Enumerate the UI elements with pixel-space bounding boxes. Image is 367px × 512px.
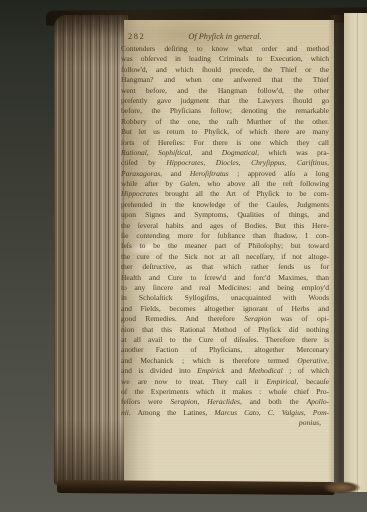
photo-of-open-book: 282 Of Phyſick in general. Contenders de… [0,0,367,512]
text-segment: ctiſed by [121,158,166,167]
italic-text-segment: Heroſiſtratus [190,169,229,178]
italic-text-segment: Empirical, [266,377,298,386]
text-segment: ſorts of Hereſies: For there is one whic… [121,138,329,147]
text-segment: was obſerved in leading Criminals to Exe… [121,54,329,63]
body-line: was obſerved in leading Criminals to Exe… [121,54,329,64]
running-title: Of Phyſick in general. [121,31,329,42]
body-line: and is divided into Empirick and Methodi… [121,366,329,376]
body-line: Robbery of the one, the raſh Murther of … [121,117,329,127]
text-segment: upon Signes and Symptoms, Qualities of t… [121,210,329,219]
italic-text-segment: Marcus Cato, C. Valgius, Pom- [214,408,329,417]
body-line: Hippocrates brought all the Art of Phyſi… [121,189,329,199]
text-segment: and [162,169,190,178]
text-segment: ther deſtructive, as that which rather ſ… [121,262,329,271]
text-segment: the cure of the Sick not at all neceſſar… [121,252,329,261]
italic-text-segment: Dogmatical, [222,148,259,157]
text-segment: went before, and the Hangman follow'd, t… [121,86,329,95]
italic-text-segment: Rational, Sophiſtical, [121,148,192,157]
text-segment: of the Experiments which it makes : whoſ… [121,387,329,396]
italic-text-segment: Serapion [244,314,271,323]
italic-text-segment: Serapion, Heraclides, [170,397,241,406]
text-segment: ; of which [283,366,329,375]
text-segment: Hangman? and when one anſwered that the … [121,75,329,84]
italic-text-segment: Hippocrates [121,189,158,198]
text-segment: to any ſincere and real Medicines: and b… [121,283,329,292]
italic-text-segment: Galen, [180,179,200,188]
body-line: prehended in the knowledge of the Cauſes… [121,200,329,210]
body-line: Rational, Sophiſtical, and Dogmatical, w… [121,148,329,158]
body-line: nii. Among the Latines, Marcus Cato, C. … [121,408,329,418]
text-segment: feſs to be the meaner part of Philoſophy… [121,241,329,250]
text-segment: Contenders deſiring to know what order a… [121,44,329,53]
body-line: feſſors were Serapion, Heraclides, and b… [121,397,329,407]
text-segment: before, the Phyſicians follow; denoting … [121,106,329,115]
body-line: upon Signes and Symptoms, Qualities of t… [121,210,329,220]
text-segment: prehended in the knowledge of the Cauſes… [121,200,329,209]
body-line: Contenders deſiring to know what order a… [121,44,329,54]
body-line: before, the Phyſicians follow; denoting … [121,106,329,116]
printed-text-block: 282 Of Phyſick in general. Contenders de… [121,31,329,428]
text-segment: follow'd, and which ſhould precede, the … [121,65,329,74]
text-segment: Robbery of the one, the raſh Murther of … [121,117,329,126]
text-segment: ; approved alſo a long [229,169,329,178]
italic-text-segment: Operative, [297,356,329,365]
italic-text-segment: Hippocrates, Diocles, Chryſippus, Cariſt… [166,158,329,167]
body-line: and Mechanick ; which is therefore terme… [121,356,329,366]
body-line: But let us return to Phyſick, of which t… [121,127,329,137]
text-segment: and is divided into [121,366,197,375]
facing-page-sliver [344,13,367,492]
body-line: ctiſed by Hippocrates, Diocles, Chryſipp… [121,158,329,168]
body-line: Paraxagoras, and Heroſiſtratus ; approve… [121,169,329,179]
text-segment: preſently gave judgment that the Lawyers… [121,96,329,105]
text-segment: who above all the reſt following [200,179,329,188]
text-segment: and Fields, becomes altogether ignorant … [121,304,329,313]
italic-text-segment: Methodical [249,366,283,375]
text-segment: the ſeveral habits and ages of Bodies. B… [121,221,329,230]
body-line: feſs to be the meaner part of Philoſophy… [121,241,329,251]
text-segment: and [192,148,222,157]
body-line: ſie contending more for ſubſtance than ſ… [121,231,329,241]
body-line: we are now to treat. They call it Empiri… [121,377,329,387]
text-segment: while after by [121,179,180,188]
body-line: good Remedies. And therefore Serapion wa… [121,314,329,324]
text-segment: ſie contending more for ſubſtance than ſ… [121,231,329,240]
body-line: of the Experiments which it makes : whoſ… [121,387,329,397]
body-line: Hangman? and when one anſwered that the … [121,75,329,85]
body-line: while after by Galen, who above all the … [121,179,329,189]
text-segment: and Mechanick ; which is therefore terme… [121,356,297,365]
text-segment: another Faction of Phyſicians, altogethe… [121,345,329,354]
page-header: 282 Of Phyſick in general. [121,31,329,44]
text-segment: Among the Latines, [131,408,215,417]
body-line: follow'd, and which ſhould precede, the … [121,65,329,75]
gutter-bottom-stain [323,481,361,494]
italic-text-segment: Empirick [197,366,224,375]
body-line: the ſeveral habits and ages of Bodies. B… [121,221,329,231]
text-segment: at all avail to the Cure of diſeaſes. Th… [121,335,329,344]
text-segment: was of opi- [271,314,329,323]
body-line: nion that this Rational Method of Phyſic… [121,325,329,335]
body-line: in Scholaſtick Syllogiſms, unacquainted … [121,293,329,303]
catchword: ponius, [121,418,329,428]
italic-text-segment: nii. [121,408,131,417]
italic-text-segment: Apollo- [307,397,329,406]
page-body: Contenders deſiring to know what order a… [121,44,329,418]
body-line: ther deſtructive, as that which rather ſ… [121,262,329,272]
text-segment: and both the [242,397,307,406]
body-line: the cure of the Sick not at all neceſſar… [121,252,329,262]
body-line: and Fields, becomes altogether ignorant … [121,304,329,314]
text-segment: feſſors were [121,397,170,406]
body-line: ſorts of Hereſies: For there is one whic… [121,138,329,148]
text-segment: in Scholaſtick Syllogiſms, unacquainted … [121,293,329,302]
text-segment: Health and Cure to ſcrew'd and forc'd Ma… [121,273,329,282]
text-segment: nion that this Rational Method of Phyſic… [121,325,329,334]
body-line: another Faction of Phyſicians, altogethe… [121,345,329,355]
italic-text-segment: Paraxagoras, [121,169,162,178]
text-segment: becauſe [298,377,329,386]
text-segment: which was pra- [259,148,329,157]
text-segment: good Remedies. And therefore [121,314,244,323]
text-segment: we are now to treat. They call it [121,377,266,386]
body-line: at all avail to the Cure of diſeaſes. Th… [121,335,329,345]
book-bottom-cover-edge [57,480,335,495]
text-segment: and [225,366,249,375]
body-line: to any ſincere and real Medicines: and b… [121,283,329,293]
body-line: went before, and the Hangman follow'd, t… [121,86,329,96]
body-line: Health and Cure to ſcrew'd and forc'd Ma… [121,273,329,283]
body-line: preſently gave judgment that the Lawyers… [121,96,329,106]
text-segment: But let us return to Phyſick, of which t… [121,127,329,136]
text-segment: brought all the Art of Phyſick to be com… [158,189,329,198]
